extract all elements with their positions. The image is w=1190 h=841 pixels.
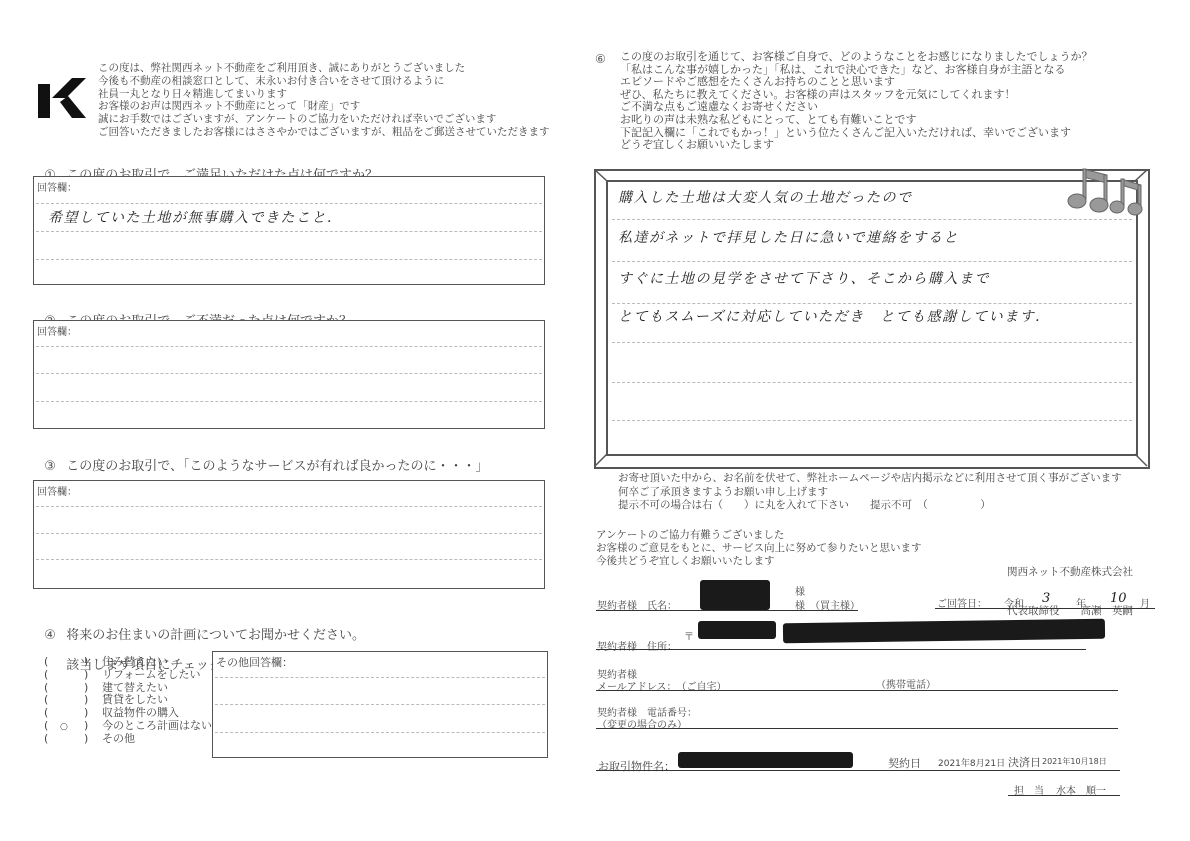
q6-instructions: この度のお取引を通じて、お客様ご自身で、どのようなことをお感じになりましたでしょ…	[620, 51, 1093, 152]
q4-other-answer-box[interactable]: その他回答欄：	[212, 651, 548, 758]
intro-line: お客様のお声は関西ネット不動産にとって「財産」です	[98, 100, 550, 113]
answer-label: 回答欄：	[37, 323, 77, 338]
q4-option[interactable]: ()その他	[44, 733, 214, 746]
q4-option-label: 収益物件の購入	[102, 707, 179, 720]
publication-notice: お寄せ頂いた中から、お名前を伏せて、弊社ホームページや店内掲示などに利用させて頂…	[618, 472, 1122, 513]
q6-answer-line: 購入した土地は大変人気の土地だったので	[618, 187, 913, 207]
address-label: 契約者様 住所：	[597, 638, 677, 653]
intro-line: 今後も不動産の相談窓口として、末永いお付き合いをさせて頂けるように	[98, 75, 550, 88]
q6-instruction-line: どうぞ宜しくお願いいたします	[620, 139, 1093, 152]
intro-line: 誠にお手数ではございますが、アンケートのご協力をいただければ幸いでございます	[98, 113, 550, 126]
publication-line: 何卒ご了承頂きますようお願い申し上げます	[618, 486, 1122, 500]
q4-option-label: 住み替えたい	[102, 656, 168, 669]
postal-mark: 〒	[684, 628, 694, 643]
q4-title-line1: 将来のお住まいの計画についてお聞かせください。	[66, 628, 365, 643]
thanks-line: 今後共どうぞ宜しくお願いいたします	[596, 555, 922, 568]
settlement-date: 2021年10月18日	[1042, 756, 1107, 767]
answer-year: 3	[1042, 591, 1050, 606]
q4-options: ()住み替えたい()リフォームをしたい()建て替えたい()賃貸をしたい()収益物…	[44, 656, 214, 746]
sama-label: 様	[795, 583, 805, 598]
thanks-message: アンケートのご協力有難うございましたお客様のご意見をもとに、サービス向上に努めて…	[596, 529, 922, 568]
q4-number: ④	[44, 628, 66, 643]
q4-option-label: リフォームをしたい	[102, 669, 200, 682]
q6-answer-area: 購入した土地は大変人気の土地だったので私達がネットで拝見した日に急いで連絡をする…	[610, 182, 1134, 450]
q4-option[interactable]: ()リフォームをしたい	[44, 669, 214, 682]
redacted-address	[783, 619, 1105, 643]
q6-answer-line: とてもスムーズに対応していただき とても感謝しています.	[618, 306, 1041, 326]
intro-line: この度は、弊社関西ネット不動産をご利用頂き、誠にありがとうございました	[98, 62, 550, 75]
settlement-date-label: 決済日	[1008, 754, 1041, 770]
representative: 代表取締役 高瀬 英嗣	[1007, 605, 1133, 618]
company-name: 関西ネット不動産株式会社	[1007, 566, 1133, 579]
redacted-postal-code	[698, 621, 776, 639]
q3-title-line1: この度のお取引で、「このようなサービスが有れば良かったのに・・・」	[66, 459, 488, 474]
q3-number: ③	[44, 459, 66, 474]
publication-line: 提示不可の場合は右（ ）に丸を入れて下さい 提示不可 （ ）	[618, 499, 1122, 513]
redacted-property-name	[678, 752, 853, 768]
music-notes-icon	[1055, 165, 1147, 217]
redacted-name	[700, 580, 770, 610]
company-info: 関西ネット不動産株式会社 代表取締役 高瀬 英嗣	[1007, 540, 1133, 631]
q6-answer-line: すぐに土地の見学をさせて下さり、そこから購入まで	[618, 268, 990, 288]
q3-answer-box[interactable]: 回答欄：	[33, 480, 545, 589]
publication-line: お寄せ頂いた中から、お名前を伏せて、弊社ホームページや店内掲示などに利用させて頂…	[618, 472, 1122, 486]
q1-answer: 希望していた土地が無事購入できたこと.	[48, 207, 333, 227]
answer-label: 回答欄：	[37, 483, 77, 498]
q6-answer-line: 私達がネットで拝見した日に急いで連絡をすると	[618, 227, 959, 247]
q6-instruction-line: お叱りの声は未熟な私どもにとって、とても有難いことです	[620, 114, 1093, 127]
answer-month: 10	[1110, 591, 1127, 606]
q4-option-checkmark: ○	[60, 721, 68, 734]
other-answer-label: その他回答欄：	[216, 654, 293, 670]
q6-instruction-line: この度のお取引を通じて、お客様ご自身で、どのようなことをお感じになりましたでしょ…	[620, 51, 1093, 64]
thanks-line: お客様のご意見をもとに、サービス向上に努めて参りたいと思います	[596, 542, 922, 555]
intro-line: 社員一丸となり日々精進してまいります	[98, 88, 550, 101]
answer-label: 回答欄：	[37, 179, 77, 194]
q4-option[interactable]: (○)今のところ計画はない	[44, 720, 214, 733]
q2-answer-box[interactable]: 回答欄：	[33, 320, 545, 429]
q6-instruction-line: エピソードやご感想をたくさんお持ちのことと思います	[620, 76, 1093, 89]
contract-date-label: 契約日	[888, 755, 921, 771]
intro-text: この度は、弊社関西ネット不動産をご利用頂き、誠にありがとうございました今後も不動…	[98, 62, 550, 139]
intro-line: ご回答いただきましたお客様にはささやかではございますが、粗品をご郵送させていただ…	[98, 126, 550, 139]
q1-answer-box[interactable]: 回答欄： 希望していた土地が無事購入できたこと.	[33, 176, 545, 285]
property-label: お取引物件名：	[598, 758, 675, 774]
company-logo-icon	[38, 78, 86, 118]
contract-date: 2021年8月21日	[938, 756, 1005, 769]
email-mobile-label: （携帯電話）	[876, 676, 936, 691]
q4-option-label: 今のところ計画はない	[102, 720, 212, 733]
thanks-line: アンケートのご協力有難うございました	[596, 529, 922, 542]
q4-option-label: その他	[102, 733, 135, 746]
q4-option[interactable]: ()住み替えたい	[44, 656, 214, 669]
q6-number: ⑥	[595, 52, 615, 66]
